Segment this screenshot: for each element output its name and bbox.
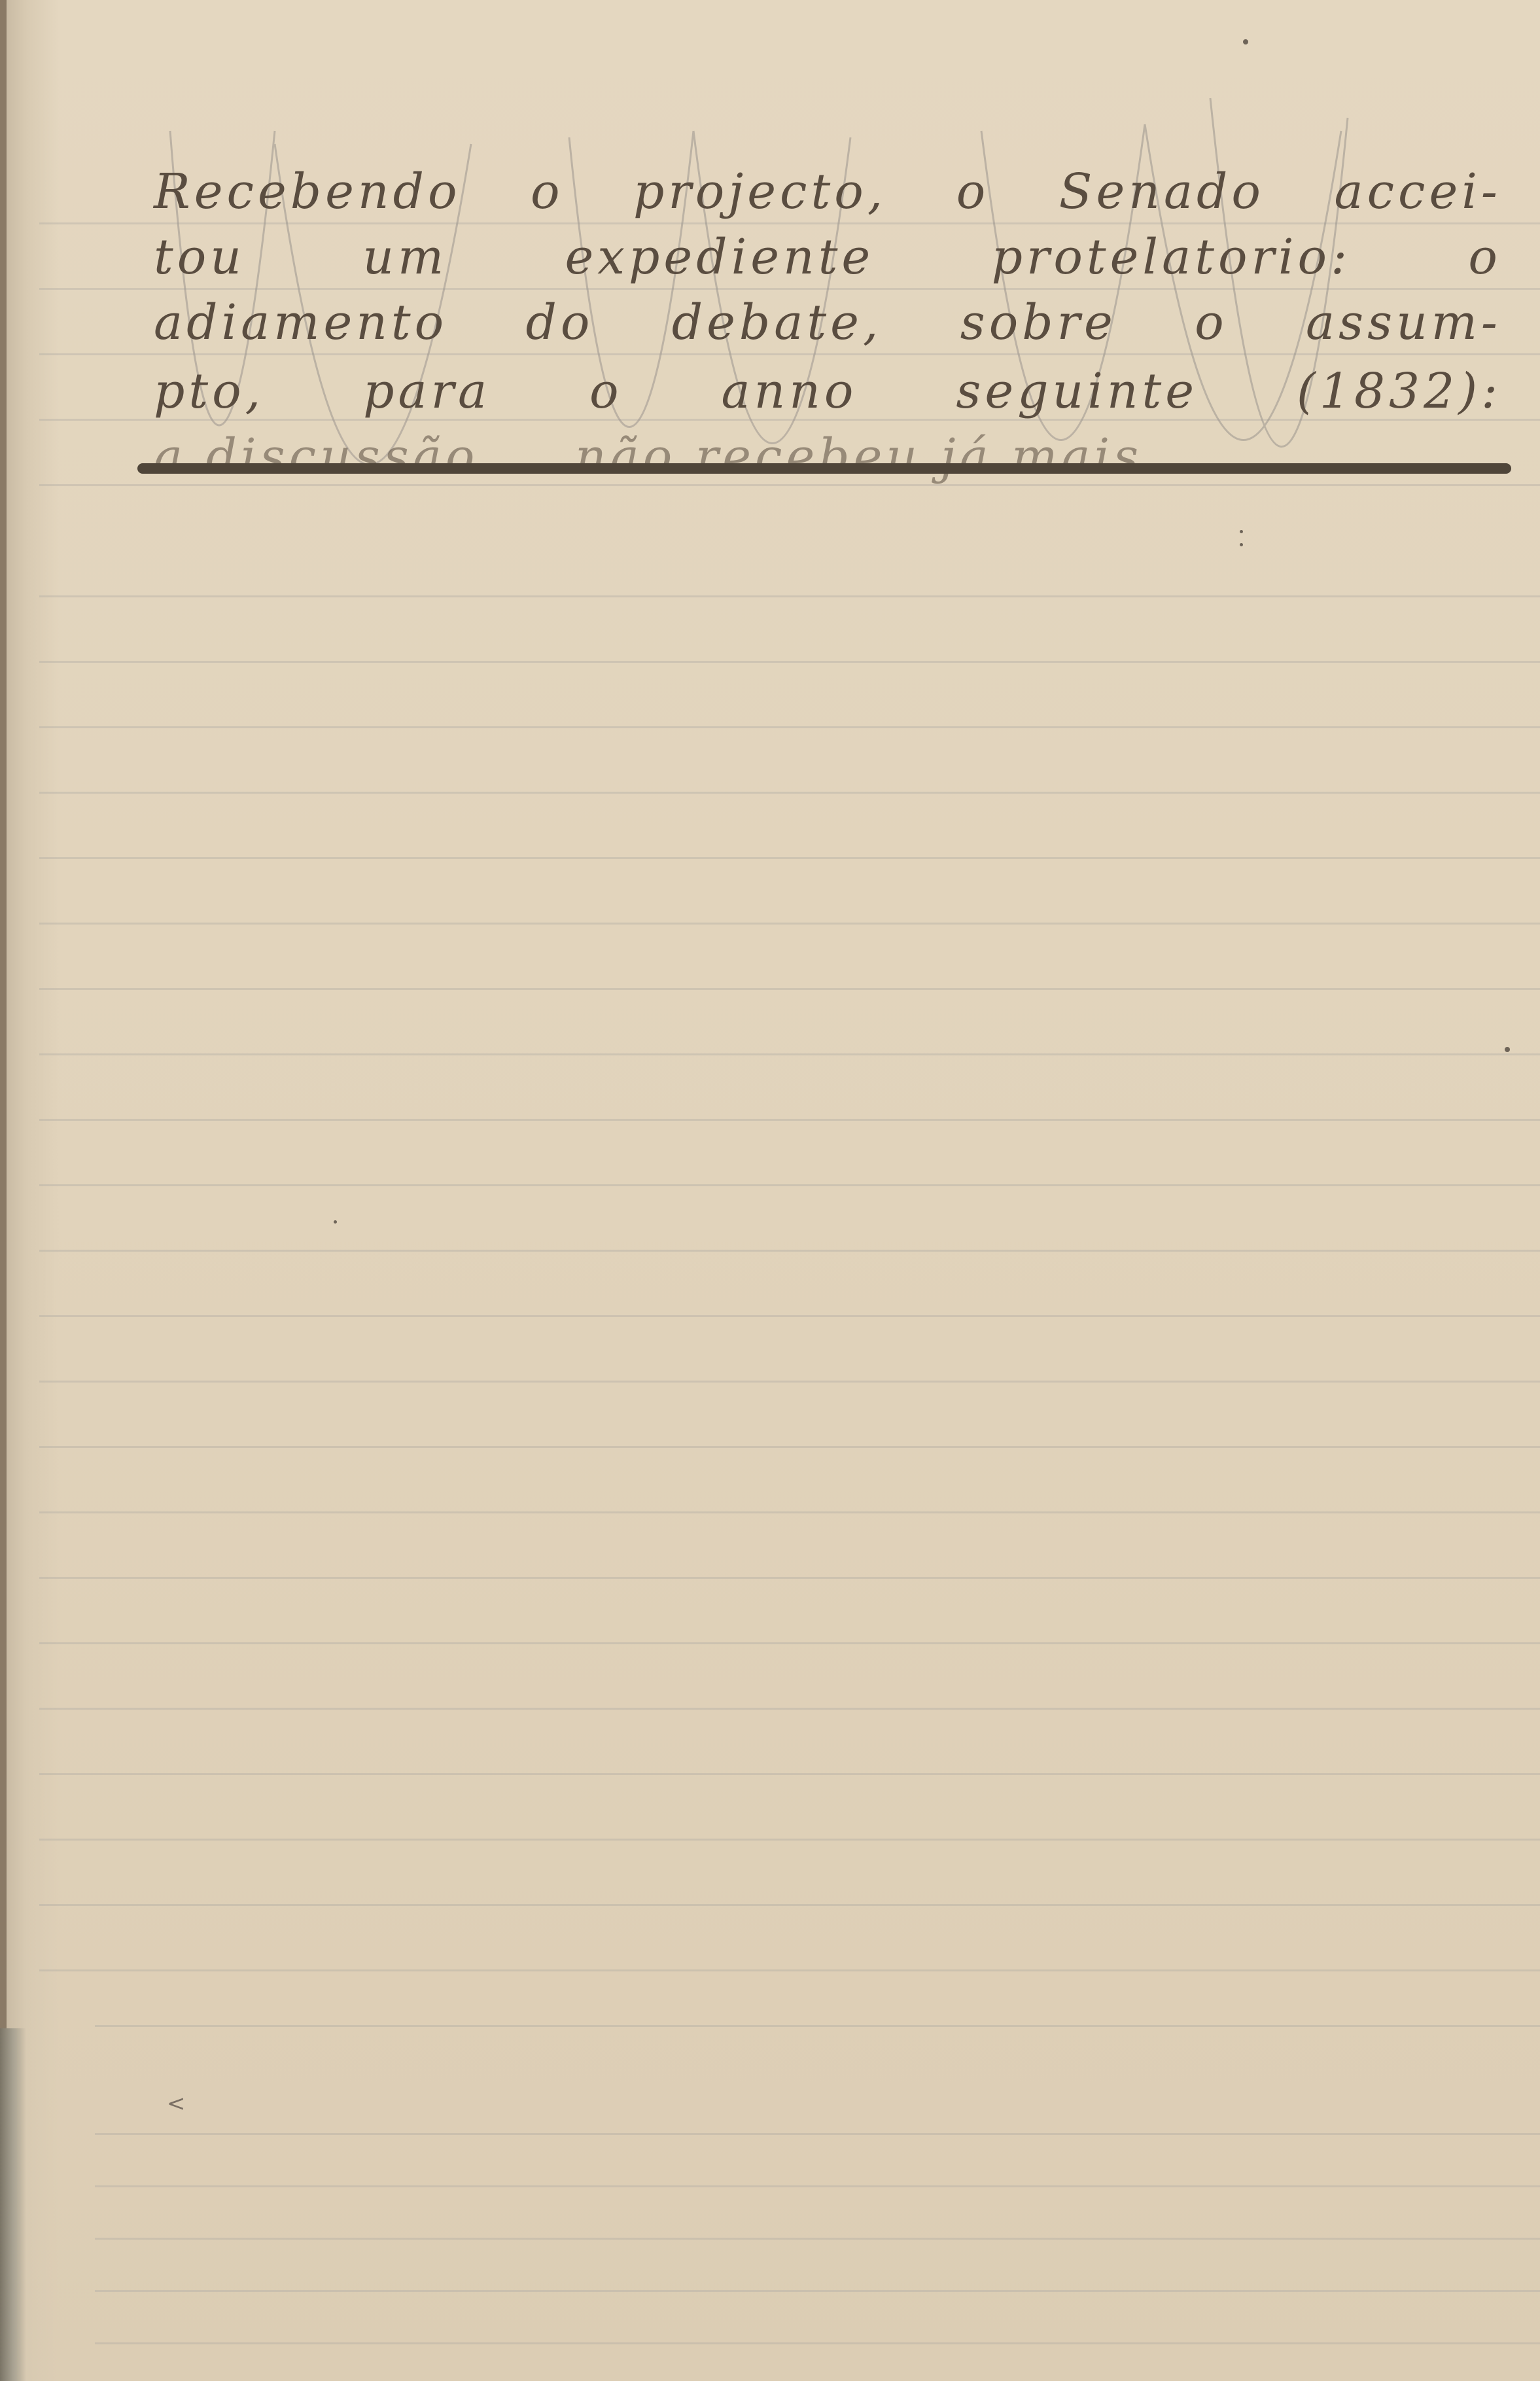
rule-line	[95, 2133, 1540, 2135]
ink-speck	[1240, 543, 1243, 546]
word: o	[589, 363, 623, 419]
rule-line	[39, 1839, 1540, 1841]
strike-through-bar	[137, 463, 1511, 474]
word: sobre	[960, 294, 1117, 351]
struck-line: a discussão ... não recebeu já mais	[154, 429, 1501, 485]
word: debate,	[672, 294, 883, 351]
word: o	[956, 164, 990, 220]
word: anno	[722, 363, 858, 419]
word: expediente	[565, 229, 875, 285]
word: um	[362, 229, 447, 285]
word: o	[1195, 294, 1228, 351]
rule-line	[95, 2025, 1540, 2027]
word: assum-	[1306, 294, 1501, 351]
rule-line	[39, 1511, 1540, 1513]
word: o	[531, 164, 564, 220]
struck-text: a discussão ... não recebeu já mais	[154, 429, 1142, 485]
rule-line	[39, 1381, 1540, 1383]
rule-line	[39, 792, 1540, 794]
rule-line	[39, 857, 1540, 859]
rule-line	[39, 1577, 1540, 1579]
text-line-3: adiamento do debate, sobre o assum-	[154, 294, 1501, 351]
rule-line	[39, 988, 1540, 990]
word: o	[1468, 229, 1501, 285]
rule-line	[39, 1250, 1540, 1252]
rule-line	[39, 923, 1540, 925]
ink-speck	[1243, 39, 1248, 44]
word: para	[363, 363, 491, 419]
word: adiamento	[154, 294, 447, 351]
rule-line	[39, 1642, 1540, 1644]
rule-line	[39, 1119, 1540, 1121]
rule-line	[39, 1446, 1540, 1448]
rule-line	[39, 1773, 1540, 1775]
word: Recebendo	[154, 164, 461, 220]
word: seguinte	[956, 363, 1198, 419]
rule-line	[39, 726, 1540, 728]
word: accei-	[1334, 164, 1501, 220]
binding-shadow	[0, 2028, 26, 2381]
word: protelatorio:	[992, 229, 1351, 285]
text-line-1: Recebendo o projecto, o Senado accei-	[154, 164, 1501, 220]
manuscript-page: Recebendo o projecto, o Senado accei- to…	[0, 0, 1540, 2381]
word: Senado	[1059, 164, 1265, 220]
rule-line	[39, 1708, 1540, 1710]
ink-speck	[1240, 530, 1243, 533]
margin-mark: <	[167, 2090, 186, 2117]
rule-line	[39, 1053, 1540, 1055]
rule-line	[95, 2238, 1540, 2240]
rule-line	[95, 2185, 1540, 2187]
word: pto,	[154, 363, 264, 419]
rule-line	[39, 1184, 1540, 1186]
word: do	[526, 294, 594, 351]
word: (1832):	[1297, 363, 1501, 419]
rule-line	[39, 1969, 1540, 1971]
ink-speck	[334, 1220, 337, 1224]
word: projecto,	[633, 164, 886, 220]
text-line-2: tou um expediente protelatorio: o	[154, 229, 1501, 285]
ink-speck	[1505, 1047, 1510, 1052]
word: tou	[154, 229, 245, 285]
rule-line	[39, 661, 1540, 663]
rule-line	[95, 2290, 1540, 2292]
rule-line	[95, 2342, 1540, 2344]
rule-line	[39, 1904, 1540, 1906]
rule-line	[39, 595, 1540, 597]
rule-line	[39, 1315, 1540, 1317]
text-line-4: pto, para o anno seguinte (1832):	[154, 363, 1501, 419]
